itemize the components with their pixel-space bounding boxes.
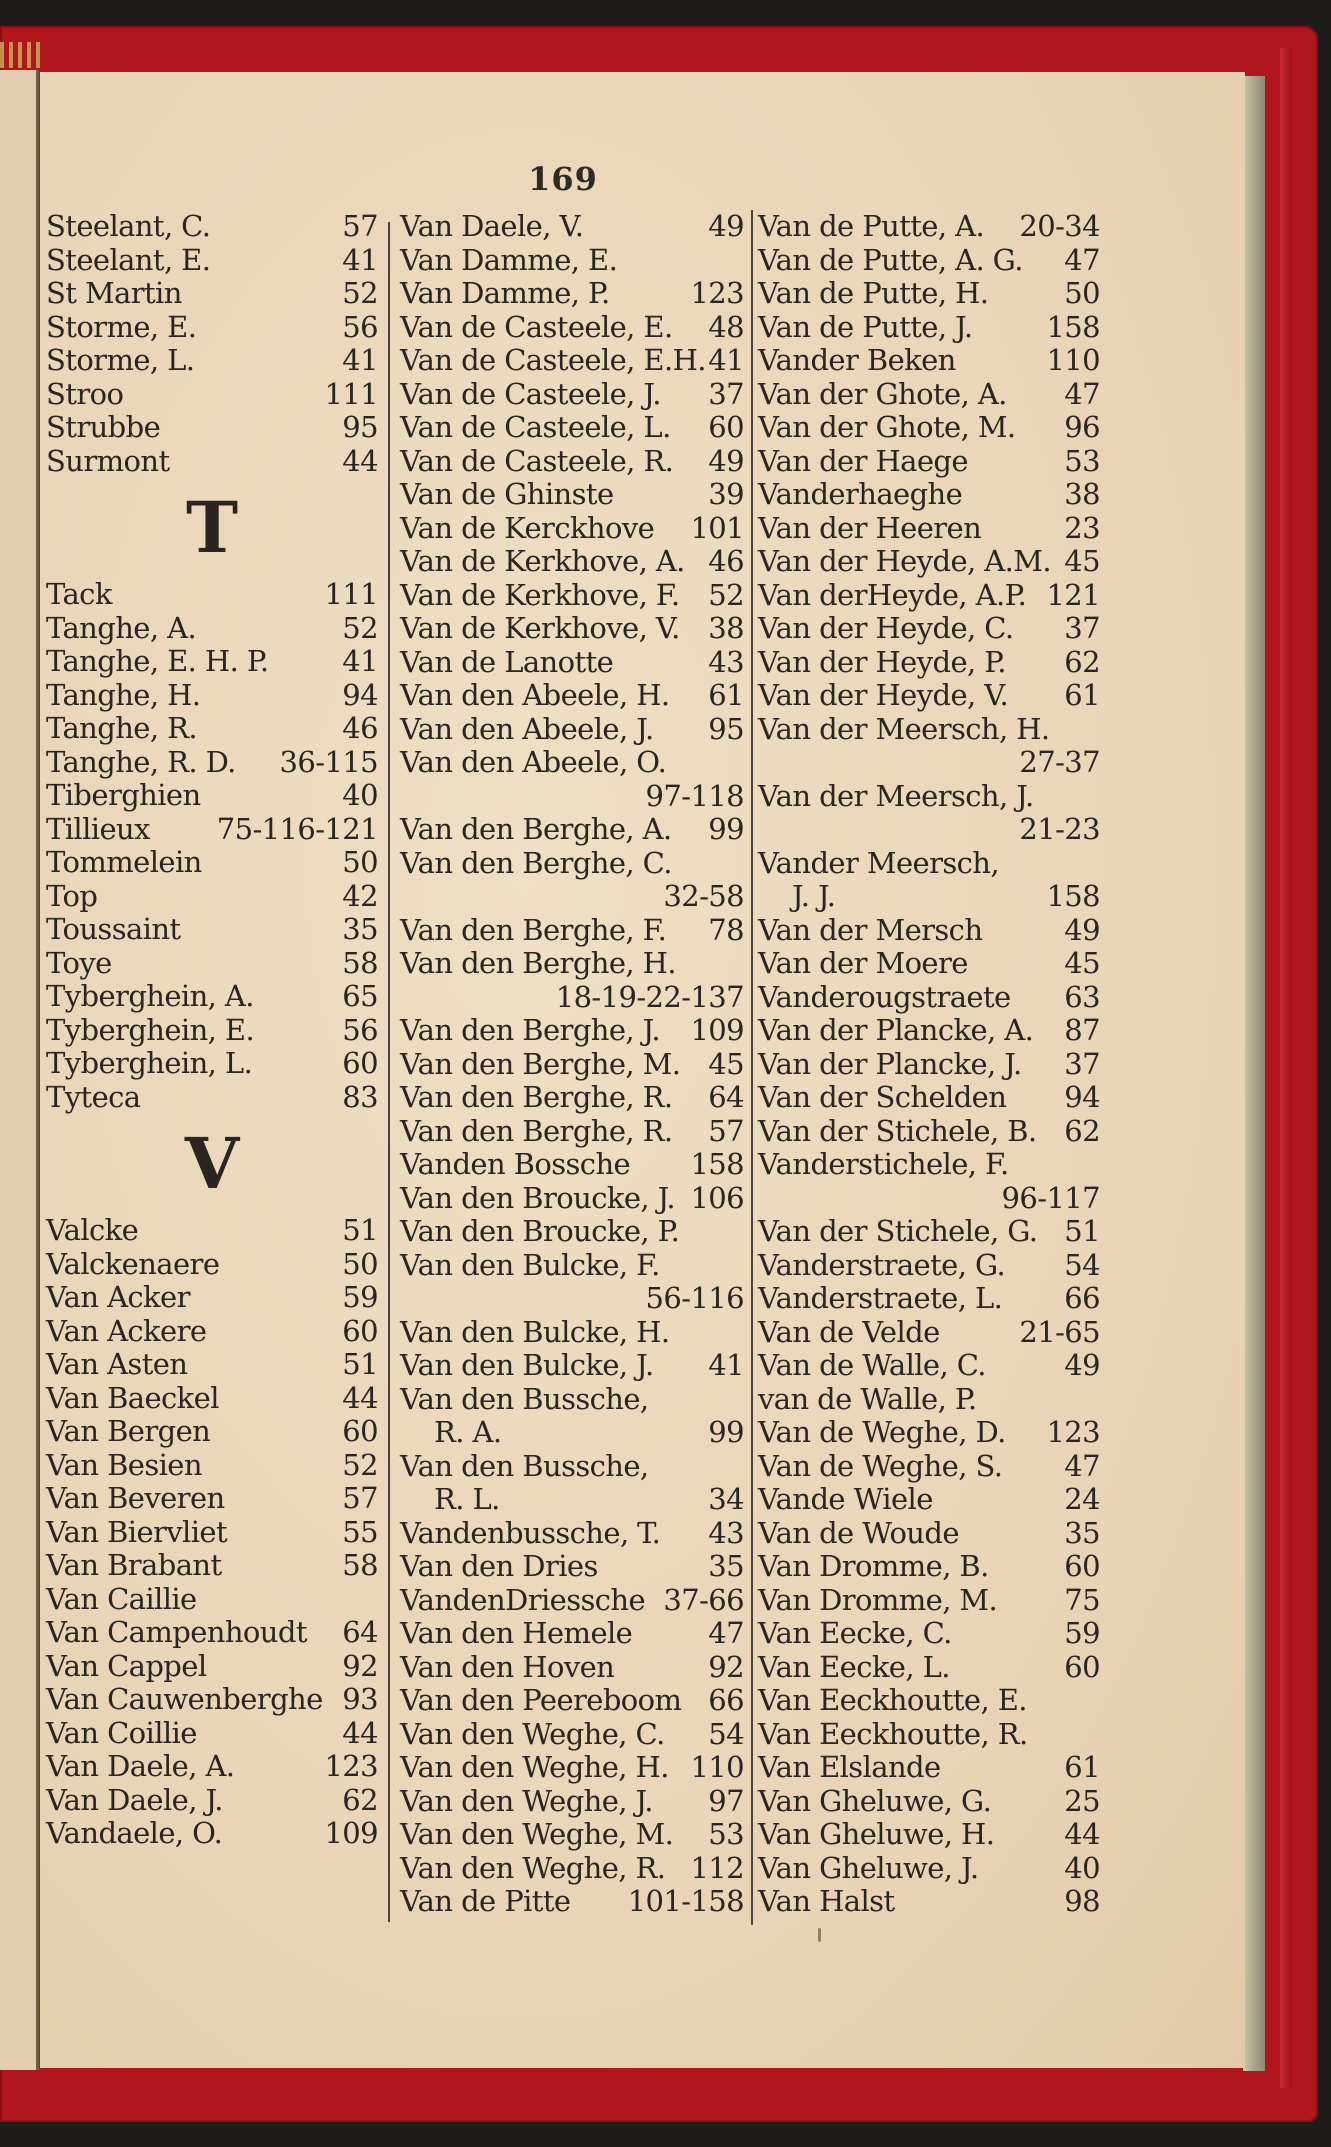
index-entry: Van der Heyde, V.61 — [758, 679, 1100, 713]
entry-page-refs: 60 — [708, 411, 744, 445]
entry-name: Van de Weghe, S. — [758, 1450, 1002, 1484]
entry-name: Van Asten — [46, 1348, 187, 1382]
entry-name: Van Damme, P. — [400, 277, 610, 311]
entry-page-refs: 24 — [1064, 1483, 1100, 1517]
index-entry: Van der Heyde, P.62 — [758, 646, 1100, 680]
entry-page-refs: 109 — [690, 1014, 744, 1048]
entry-page-refs: 95 — [708, 713, 744, 747]
entry-name: Van den Dries — [400, 1550, 598, 1584]
entry-name: Van den Berghe, C. — [400, 847, 672, 881]
entry-name: Storme, L. — [46, 344, 194, 378]
entry-page-refs: 58 — [342, 1549, 378, 1583]
index-entry: Van Eeckhoutte, R. — [758, 1718, 1100, 1752]
entry-name: Tanghe, R. — [46, 712, 197, 746]
entry-page-refs: 63 — [1064, 981, 1100, 1015]
entry-name: Van Besien — [46, 1449, 202, 1483]
index-entry: Vande Wiele24 — [758, 1483, 1100, 1517]
entry-page-refs: 37-66 — [663, 1584, 744, 1618]
entry-page-refs: 158 — [1046, 311, 1100, 345]
index-entry: Van den Abeele, O. — [400, 746, 744, 780]
entry-page-refs: 96 — [1064, 411, 1100, 445]
entry-page-refs: 123 — [690, 277, 744, 311]
entry-name: Van den Hoven — [400, 1651, 614, 1685]
entry-page-refs: 51 — [1064, 1215, 1100, 1249]
entry-page-refs: 60 — [342, 1315, 378, 1349]
index-entry: Van den Weghe, R.112 — [400, 1852, 744, 1886]
index-entry: 27-37 — [758, 746, 1100, 780]
entry-name: Van Daele, J. — [46, 1784, 223, 1818]
entry-name: Van de Lanotte — [400, 646, 613, 680]
entry-name: Vanderstraete, G. — [758, 1249, 1005, 1283]
index-entry: Van der Stichele, B.62 — [758, 1115, 1100, 1149]
entry-name: Storme, E. — [46, 311, 196, 345]
entry-page-refs: 43 — [708, 646, 744, 680]
entry-name: Van Dromme, B. — [758, 1550, 989, 1584]
entry-name: Vanderougstraete — [758, 981, 1011, 1015]
index-entry: Vanderstraete, L.66 — [758, 1282, 1100, 1316]
index-entry: Van Gheluwe, G.25 — [758, 1785, 1100, 1819]
index-entry: Stroo111 — [46, 378, 378, 412]
entry-page-refs: 78 — [708, 914, 744, 948]
entry-page-refs: 110 — [1046, 344, 1100, 378]
entry-page-refs: 96-117 — [1002, 1182, 1100, 1216]
index-entry: Van de Weghe, D.123 — [758, 1416, 1100, 1450]
entry-page-refs: 49 — [1064, 1349, 1100, 1383]
entry-page-refs: 47 — [708, 1617, 744, 1651]
entry-page-refs: 49 — [1064, 914, 1100, 948]
index-entry: Van Dromme, B.60 — [758, 1550, 1100, 1584]
entry-name: Tyberghein, A. — [46, 980, 254, 1014]
entry-page-refs: 57 — [708, 1115, 744, 1149]
index-entry: Valckenaere50 — [46, 1248, 378, 1282]
index-entry: Van den Weghe, J.97 — [400, 1785, 744, 1819]
entry-page-refs: 98 — [1064, 1885, 1100, 1919]
index-entry: Van de Ghinste39 — [400, 478, 744, 512]
index-entry: Van Beveren57 — [46, 1482, 378, 1516]
entry-name: R. A. — [434, 1416, 501, 1450]
index-entry: Van den Bulcke, F. — [400, 1249, 744, 1283]
entry-page-refs: 61 — [1064, 1751, 1100, 1785]
entry-name: Van Daele, V. — [400, 210, 583, 244]
entry-page-refs: 52 — [708, 579, 744, 613]
entry-page-refs: 45 — [1064, 545, 1100, 579]
index-entry: J. J.158 — [758, 880, 1100, 914]
entry-name: Van Caillie — [46, 1583, 197, 1617]
index-entry: Van Brabant58 — [46, 1549, 378, 1583]
entry-page-refs: 38 — [1064, 478, 1100, 512]
entry-name: Tanghe, H. — [46, 679, 200, 713]
entry-name: Van Cappel — [46, 1650, 207, 1684]
entry-page-refs: 75 — [1064, 1584, 1100, 1618]
entry-name: Van der Heyde, V. — [758, 679, 1008, 713]
entry-name: Van den Berghe, J. — [400, 1014, 660, 1048]
entry-page-refs: 59 — [342, 1281, 378, 1315]
entry-name: Van den Peereboom — [400, 1684, 681, 1718]
index-entry: Van de Putte, H.50 — [758, 277, 1100, 311]
entry-page-refs: 37 — [1064, 612, 1100, 646]
index-entry: Van de Kerkhove, A.46 — [400, 545, 744, 579]
entry-page-refs: 18-19-22-137 — [556, 981, 744, 1015]
index-entry: Van den Berghe, C. — [400, 847, 744, 881]
entry-name: Van den Berghe, H. — [400, 947, 676, 981]
index-entry: Van Baeckel44 — [46, 1382, 378, 1416]
entry-name: Vander Meersch, — [758, 847, 999, 881]
entry-name: Van Eeckhoutte, E. — [758, 1684, 1027, 1718]
entry-name: Van der Meersch, H. — [758, 713, 1050, 747]
index-entry: Van de Walle, C.49 — [758, 1349, 1100, 1383]
index-entry: Van de Woude35 — [758, 1517, 1100, 1551]
entry-name: Van der Plancke, J. — [758, 1048, 1022, 1082]
entry-page-refs: 87 — [1064, 1014, 1100, 1048]
index-entry: Van Eeckhoutte, E. — [758, 1684, 1100, 1718]
index-entry: Van der Plancke, A.87 — [758, 1014, 1100, 1048]
entry-page-refs: 45 — [1064, 947, 1100, 981]
index-entry: Storme, L.41 — [46, 344, 378, 378]
entry-name: Van Coillie — [46, 1717, 197, 1751]
entry-name: Van den Abeele, J. — [400, 713, 654, 747]
entry-name: Van Gheluwe, H. — [758, 1818, 994, 1852]
page-number: 169 — [528, 160, 598, 198]
index-entry: Van de Pitte101-158 — [400, 1885, 744, 1919]
index-entry: Van der Mersch49 — [758, 914, 1100, 948]
entry-name: Van de Putte, A. G. — [758, 244, 1023, 278]
entry-name: Van den Bussche, — [400, 1450, 649, 1484]
index-entry: Van den Berghe, R.64 — [400, 1081, 744, 1115]
entry-name: Van de Pitte — [400, 1885, 570, 1919]
index-entry: Van de Weghe, S.47 — [758, 1450, 1100, 1484]
index-entry: Van der Heeren23 — [758, 512, 1100, 546]
entry-page-refs: 41 — [342, 344, 378, 378]
entry-name: Van de Kerkhove, F. — [400, 579, 679, 613]
index-entry: Van den Peereboom66 — [400, 1684, 744, 1718]
entry-name: Van de Casteele, J. — [400, 378, 661, 412]
index-entry: Van der Meersch, H. — [758, 713, 1100, 747]
entry-page-refs: 75-116-121 — [217, 813, 378, 847]
entry-page-refs: 57 — [342, 210, 378, 244]
binding-stitch — [0, 42, 40, 68]
index-entry: Van der Heyde, A.M.45 — [758, 545, 1100, 579]
entry-page-refs: 158 — [690, 1148, 744, 1182]
entry-page-refs: 52 — [342, 277, 378, 311]
index-entry: Tiberghien40 — [46, 779, 378, 813]
entry-page-refs: 32-58 — [663, 880, 744, 914]
index-entry: Van den Broucke, P. — [400, 1215, 744, 1249]
entry-name: Van Baeckel — [46, 1382, 219, 1416]
index-column-right: Van de Putte, A.20-34Van de Putte, A. G.… — [758, 210, 1100, 1919]
entry-name: Toye — [46, 947, 112, 981]
index-entry: Tanghe, A.52 — [46, 612, 378, 646]
facing-page-edge — [0, 70, 39, 2070]
entry-page-refs: 45 — [708, 1048, 744, 1082]
entry-page-refs: 61 — [708, 679, 744, 713]
entry-page-refs: 47 — [1064, 244, 1100, 278]
entry-page-refs: 41 — [708, 1349, 744, 1383]
index-entry: Toye58 — [46, 947, 378, 981]
entry-page-refs: 51 — [342, 1214, 378, 1248]
entry-name: Stroo — [46, 378, 123, 412]
index-entry: Tyberghein, A.65 — [46, 980, 378, 1014]
entry-page-refs: 46 — [342, 712, 378, 746]
index-entry: Tyteca83 — [46, 1081, 378, 1115]
entry-name: Vanderstichele, F. — [758, 1148, 1009, 1182]
entry-name: Tyberghein, L. — [46, 1047, 252, 1081]
index-entry: 21-23 — [758, 813, 1100, 847]
index-entry: Van Asten51 — [46, 1348, 378, 1382]
index-entry: Van der Moere45 — [758, 947, 1100, 981]
entry-page-refs: 35 — [1064, 1517, 1100, 1551]
entry-page-refs: 44 — [342, 445, 378, 479]
index-entry: Van den Hemele47 — [400, 1617, 744, 1651]
entry-name: Van de Casteele, R. — [400, 445, 673, 479]
index-entry: Van de Lanotte43 — [400, 646, 744, 680]
index-entry: Van der Schelden94 — [758, 1081, 1100, 1115]
entry-page-refs: 66 — [1064, 1282, 1100, 1316]
entry-page-refs: 35 — [708, 1550, 744, 1584]
entry-page-refs: 23 — [1064, 512, 1100, 546]
entry-name: Van Eecke, L. — [758, 1651, 950, 1685]
index-entry: Van Campenhoudt64 — [46, 1616, 378, 1650]
index-column-middle: Van Daele, V.49Van Damme, E.Van Damme, P… — [400, 210, 744, 1919]
entry-page-refs: 92 — [708, 1651, 744, 1685]
index-entry: 32-58 — [400, 880, 744, 914]
entry-name: Van den Bulcke, H. — [400, 1316, 669, 1350]
index-entry: Van den Dries35 — [400, 1550, 744, 1584]
entry-page-refs: 50 — [342, 1248, 378, 1282]
entry-name: Van Biervliet — [46, 1516, 227, 1550]
entry-name: Van den Broucke, P. — [400, 1215, 679, 1249]
index-entry: Van de Casteele, R.49 — [400, 445, 744, 479]
entry-page-refs: 99 — [708, 1416, 744, 1450]
index-entry: Tyberghein, L.60 — [46, 1047, 378, 1081]
index-entry: Van Coillie44 — [46, 1717, 378, 1751]
index-entry: Van de Kerkhove, F.52 — [400, 579, 744, 613]
entry-page-refs: 47 — [1064, 378, 1100, 412]
index-entry: Van den Berghe, H. — [400, 947, 744, 981]
entry-page-refs: 38 — [708, 612, 744, 646]
entry-name: Van de Walle, C. — [758, 1349, 986, 1383]
entry-page-refs: 110 — [690, 1751, 744, 1785]
entry-name: Van de Kerkhove, V. — [400, 612, 680, 646]
entry-name: Top — [46, 880, 97, 914]
index-entry: Van den Berghe, J.109 — [400, 1014, 744, 1048]
entry-name: Tommelein — [46, 846, 202, 880]
entry-name: Van de Kerkhove, A. — [400, 545, 685, 579]
entry-name: Van den Abeele, H. — [400, 679, 670, 713]
entry-name: Van der Heyde, C. — [758, 612, 1013, 646]
entry-name: Vanderhaeghe — [758, 478, 962, 512]
entry-name: Van der Heeren — [758, 512, 981, 546]
index-entry: Van de Casteele, E.48 — [400, 311, 744, 345]
index-entry: Van Caillie — [46, 1583, 378, 1617]
index-entry: Van den Bulcke, H. — [400, 1316, 744, 1350]
index-entry: Tanghe, H.94 — [46, 679, 378, 713]
index-entry: Van den Abeele, H.61 — [400, 679, 744, 713]
index-entry: Van de Putte, J.158 — [758, 311, 1100, 345]
entry-page-refs: 55 — [342, 1516, 378, 1550]
entry-page-refs: 62 — [1064, 1115, 1100, 1149]
section-heading-t: T — [46, 478, 378, 578]
entry-page-refs: 47 — [1064, 1450, 1100, 1484]
index-entry: Van den Weghe, C.54 — [400, 1718, 744, 1752]
entry-page-refs: 44 — [1064, 1818, 1100, 1852]
entry-page-refs: 65 — [342, 980, 378, 1014]
entry-name: Vandenbussche, T. — [400, 1517, 660, 1551]
index-entry: Van den Weghe, H.110 — [400, 1751, 744, 1785]
entry-name: Van den Bussche, — [400, 1383, 649, 1417]
entry-page-refs: 94 — [1064, 1081, 1100, 1115]
entry-page-refs: 35 — [342, 913, 378, 947]
entry-name: Van Halst — [758, 1885, 894, 1919]
entry-name: Van Eeckhoutte, R. — [758, 1718, 1028, 1752]
entry-name: Tanghe, A. — [46, 612, 196, 646]
entry-name: Toussaint — [46, 913, 181, 947]
index-entry: Van der Ghote, M.96 — [758, 411, 1100, 445]
index-entry: Van den Berghe, M.45 — [400, 1048, 744, 1082]
entry-name: Van den Berghe, R. — [400, 1115, 673, 1149]
entry-name: Van der Ghote, M. — [758, 411, 1016, 445]
index-entry: Vanderhaeghe38 — [758, 478, 1100, 512]
entry-name: Van den Berghe, M. — [400, 1048, 680, 1082]
index-entry: Vanderougstraete63 — [758, 981, 1100, 1015]
index-entry: 18-19-22-137 — [400, 981, 744, 1015]
index-entry: Toussaint35 — [46, 913, 378, 947]
entry-page-refs: 62 — [342, 1784, 378, 1818]
entry-name: Tillieux — [46, 813, 150, 847]
entry-page-refs: 49 — [708, 445, 744, 479]
cover-bevel — [1280, 48, 1292, 2088]
entry-page-refs: 34 — [708, 1483, 744, 1517]
index-entry: Valcke51 — [46, 1214, 378, 1248]
entry-page-refs: 41 — [342, 645, 378, 679]
index-entry: Van Elslande61 — [758, 1751, 1100, 1785]
index-entry: Van Bergen60 — [46, 1415, 378, 1449]
index-entry: Van den Berghe, R.57 — [400, 1115, 744, 1149]
entry-name: Van den Weghe, M. — [400, 1818, 673, 1852]
entry-page-refs: 112 — [690, 1852, 744, 1886]
entry-page-refs: 92 — [342, 1650, 378, 1684]
entry-page-refs: 123 — [324, 1750, 378, 1784]
entry-page-refs: 46 — [708, 545, 744, 579]
entry-page-refs: 95 — [342, 411, 378, 445]
entry-name: van de Walle, P. — [758, 1383, 977, 1417]
entry-page-refs: 83 — [342, 1081, 378, 1115]
entry-name: Van Damme, E. — [400, 244, 617, 278]
entry-name: R. L. — [434, 1483, 500, 1517]
index-entry: R. A.99 — [400, 1416, 744, 1450]
entry-name: Tanghe, E. H. P. — [46, 645, 269, 679]
entry-page-refs: 111 — [324, 578, 378, 612]
entry-page-refs: 54 — [1064, 1249, 1100, 1283]
entry-name: Tyberghein, E. — [46, 1014, 254, 1048]
entry-page-refs: 48 — [708, 311, 744, 345]
entry-name: Van der Heyde, P. — [758, 646, 1006, 680]
index-entry: Steelant, C.57 — [46, 210, 378, 244]
index-entry: Van Damme, P.123 — [400, 277, 744, 311]
index-entry: Vanderstichele, F. — [758, 1148, 1100, 1182]
entry-name: Van de Casteele, E.H. — [400, 344, 706, 378]
index-entry: Van Cauwenberghe93 — [46, 1683, 378, 1717]
index-entry: Van den Weghe, M.53 — [400, 1818, 744, 1852]
entry-page-refs: 49 — [708, 210, 744, 244]
entry-name: Van der Mersch — [758, 914, 982, 948]
entry-page-refs: 27-37 — [1019, 746, 1100, 780]
entry-name: Surmont — [46, 445, 170, 479]
index-entry: Tyberghein, E.56 — [46, 1014, 378, 1048]
entry-page-refs: 101 — [690, 512, 744, 546]
section-heading-v: V — [46, 1114, 378, 1214]
entry-name: Van den Abeele, O. — [400, 746, 666, 780]
index-entry: Van de Kerkhove, V.38 — [400, 612, 744, 646]
entry-name: Van der Haege — [758, 445, 968, 479]
index-entry: Van de Kerckhove101 — [400, 512, 744, 546]
entry-name: Van de Casteele, L. — [400, 411, 671, 445]
entry-page-refs: 50 — [342, 846, 378, 880]
index-entry: Van der Meersch, J. — [758, 780, 1100, 814]
entry-name: Tanghe, R. D. — [46, 746, 236, 780]
entry-name: Van den Weghe, H. — [400, 1751, 669, 1785]
entry-page-refs: 101-158 — [628, 1885, 744, 1919]
entry-page-refs: 60 — [1064, 1550, 1100, 1584]
entry-name: Van den Weghe, R. — [400, 1852, 665, 1886]
entry-page-refs: 158 — [1046, 880, 1100, 914]
entry-page-refs: 52 — [342, 612, 378, 646]
entry-name: Vanden Bossche — [400, 1148, 630, 1182]
entry-name: Van der Heyde, A.M. — [758, 545, 1051, 579]
index-entry: Surmont44 — [46, 445, 378, 479]
entry-page-refs: 64 — [708, 1081, 744, 1115]
index-entry: Tack111 — [46, 578, 378, 612]
index-entry: Van de Velde21-65 — [758, 1316, 1100, 1350]
entry-name: Van derHeyde, A.P. — [758, 579, 1026, 613]
index-entry: Van Eecke, L.60 — [758, 1651, 1100, 1685]
entry-name: Van de Putte, J. — [758, 311, 973, 345]
entry-name: Van de Casteele, E. — [400, 311, 673, 345]
entry-page-refs: 99 — [708, 813, 744, 847]
index-entry: Van de Putte, A. G.47 — [758, 244, 1100, 278]
entry-name: Tyteca — [46, 1081, 140, 1115]
index-entry: Vandaele, O.109 — [46, 1817, 378, 1851]
entry-name: Van der Meersch, J. — [758, 780, 1034, 814]
index-entry: Vander Meersch, — [758, 847, 1100, 881]
entry-name: Van Gheluwe, G. — [758, 1785, 991, 1819]
entry-name: Van de Velde — [758, 1316, 940, 1350]
entry-page-refs: 20-34 — [1019, 210, 1100, 244]
entry-name: Van Elslande — [758, 1751, 941, 1785]
entry-name: Van der Schelden — [758, 1081, 1006, 1115]
index-entry: Van den Bulcke, J.41 — [400, 1349, 744, 1383]
index-entry: Van den Bussche, — [400, 1383, 744, 1417]
entry-name: Vanderstraete, L. — [758, 1282, 1002, 1316]
index-entry: Van Daele, J.62 — [46, 1784, 378, 1818]
entry-name: Van der Plancke, A. — [758, 1014, 1033, 1048]
entry-page-refs: 61 — [1064, 679, 1100, 713]
index-entry: Van Dromme, M.75 — [758, 1584, 1100, 1618]
entry-page-refs: 40 — [342, 779, 378, 813]
index-entry: Van der Haege53 — [758, 445, 1100, 479]
entry-name: Van de Kerckhove — [400, 512, 654, 546]
entry-page-refs: 66 — [708, 1684, 744, 1718]
entry-page-refs: 59 — [1064, 1617, 1100, 1651]
index-entry: Vander Beken110 — [758, 344, 1100, 378]
entry-name: Van den Bulcke, J. — [400, 1349, 654, 1383]
index-entry: Van den Berghe, A.99 — [400, 813, 744, 847]
entry-page-refs: 121 — [1046, 579, 1100, 613]
entry-page-refs: 56 — [342, 1014, 378, 1048]
index-entry: Van de Putte, A.20-34 — [758, 210, 1100, 244]
index-entry: Steelant, E.41 — [46, 244, 378, 278]
entry-name: Van den Weghe, J. — [400, 1785, 653, 1819]
index-entry: Van den Bussche, — [400, 1450, 744, 1484]
